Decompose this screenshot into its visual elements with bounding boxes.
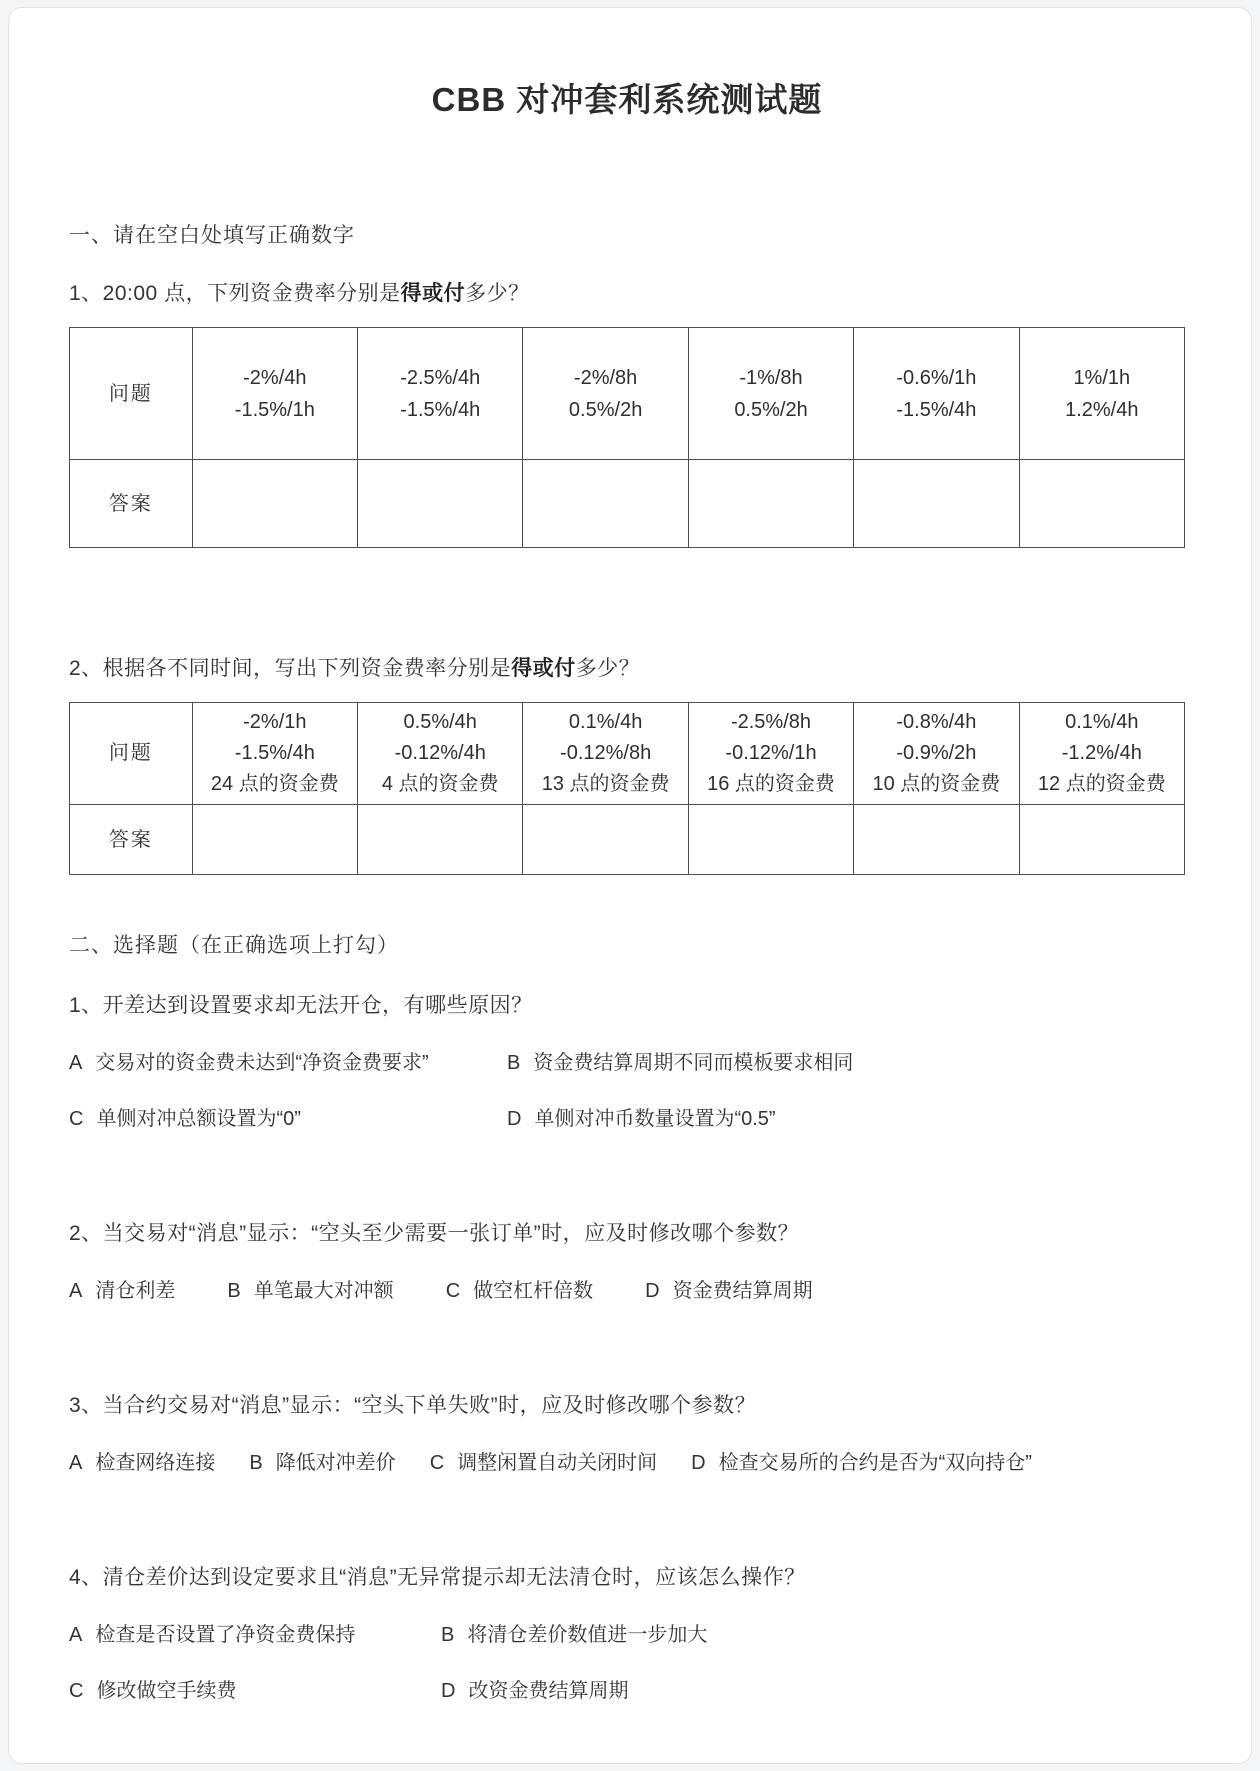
table2-cell: 0.1%/4h-1.2%/4h12 点的资金费: [1019, 703, 1184, 805]
mc-q4-options-row-1: A检查是否设置了净资金费保持 B将清仓差价数值进一步加大: [69, 1618, 1185, 1647]
option-text: 做空杠杆倍数: [473, 1274, 593, 1303]
option-a: A检查网络连接: [69, 1446, 215, 1475]
cell-line: 0.1%/4h: [525, 707, 685, 738]
funding-rate-table-2: 问题 -2%/1h-1.5%/4h24 点的资金费 0.5%/4h-0.12%/…: [69, 702, 1185, 875]
option-text: 资金费结算周期: [673, 1274, 813, 1303]
option-b: B单笔最大对冲额: [227, 1274, 393, 1303]
question2-suffix: 多少？: [576, 657, 641, 680]
option-label: A: [69, 1624, 82, 1647]
option-text: 检查交易所的合约是否为“双向持仓”: [719, 1446, 1032, 1475]
answer-cell: [358, 805, 523, 875]
option-label: D: [507, 1108, 521, 1131]
cell-line: 4 点的资金费: [360, 769, 520, 800]
option-d: D资金费结算周期: [645, 1274, 812, 1303]
option-label: B: [249, 1452, 262, 1475]
table2-cell: -2.5%/8h-0.12%/1h16 点的资金费: [688, 703, 853, 805]
table1-question-label: 问题: [70, 328, 193, 460]
option-text: 将清仓差价数值进一步加大: [467, 1618, 707, 1647]
answer-cell: [523, 460, 688, 548]
table1-answer-label: 答案: [70, 460, 193, 548]
cell-line: -2.5%/8h: [691, 707, 851, 738]
option-label: D: [645, 1280, 659, 1303]
cell-line: 13 点的资金费: [525, 769, 685, 800]
table1-cell: -1%/8h0.5%/2h: [688, 328, 853, 460]
table2-question-row: 问题 -2%/1h-1.5%/4h24 点的资金费 0.5%/4h-0.12%/…: [70, 703, 1185, 805]
option-text: 单笔最大对冲额: [254, 1274, 394, 1303]
cell-line: 0.5%/2h: [525, 394, 685, 426]
table2-answer-row: 答案: [70, 805, 1185, 875]
table2-cell: 0.5%/4h-0.12%/4h4 点的资金费: [358, 703, 523, 805]
cell-line: -2%/1h: [195, 707, 355, 738]
answer-cell: [1019, 805, 1184, 875]
answer-cell: [688, 805, 853, 875]
option-c: C修改做空手续费: [69, 1674, 441, 1703]
option-label: C: [430, 1452, 444, 1475]
question2-bold-term: 得或付: [511, 657, 576, 680]
cell-line: 0.5%/4h: [360, 707, 520, 738]
answer-cell: [854, 805, 1019, 875]
option-c: C做空杠杆倍数: [446, 1274, 593, 1303]
option-c: C调整闲置自动关闭时间: [430, 1446, 657, 1475]
option-text: 检查是否设置了净资金费保持: [95, 1618, 355, 1647]
cell-line: -1%/8h: [691, 362, 851, 394]
table1-cell: -2%/4h-1.5%/1h: [192, 328, 357, 460]
mc-q1-options-row-2: C单侧对冲总额设置为“0” D单侧对冲币数量设置为“0.5”: [69, 1102, 1185, 1131]
cell-line: 1.2%/4h: [1022, 394, 1182, 426]
table2-cell: -0.8%/4h-0.9%/2h10 点的资金费: [854, 703, 1019, 805]
cell-line: -0.9%/2h: [856, 738, 1016, 769]
mc-question-1: 1、开差达到设置要求却无法开仓，有哪些原因？: [69, 989, 1185, 1019]
mc-q1-options-row-1: A交易对的资金费未达到“净资金费要求” B资金费结算周期不同而模板要求相同: [69, 1046, 1185, 1075]
option-text: 检查网络连接: [95, 1446, 215, 1475]
page-title: CBB 对冲套利系统测试题: [69, 74, 1185, 121]
option-text: 调整闲置自动关闭时间: [457, 1446, 657, 1475]
option-d: D改资金费结算周期: [441, 1674, 1185, 1703]
option-d: D检查交易所的合约是否为“双向持仓”: [691, 1446, 1032, 1475]
table1-cell: 1%/1h1.2%/4h: [1019, 328, 1184, 460]
option-label: D: [691, 1452, 705, 1475]
option-label: C: [446, 1280, 460, 1303]
cell-line: -1.5%/4h: [360, 394, 520, 426]
answer-cell: [192, 460, 357, 548]
answer-cell: [523, 805, 688, 875]
answer-cell: [192, 805, 357, 875]
mc-question-2: 2、当交易对“消息”显示：“空头至少需要一张订单”时，应及时修改哪个参数？: [69, 1217, 1185, 1247]
mc-q3-options-row: A检查网络连接 B降低对冲差价 C调整闲置自动关闭时间 D检查交易所的合约是否为…: [69, 1446, 1185, 1475]
option-text: 单侧对冲币数量设置为“0.5”: [534, 1102, 775, 1131]
table1-question-row: 问题 -2%/4h-1.5%/1h -2.5%/4h-1.5%/4h -2%/8…: [70, 328, 1185, 460]
question1-suffix: 多少？: [465, 282, 530, 305]
option-text: 单侧对冲总额设置为“0”: [96, 1102, 300, 1131]
cell-line: 1%/1h: [1022, 362, 1182, 394]
document-content: CBB 对冲套利系统测试题 一、请在空白处填写正确数字 1、20:00 点，下列…: [9, 74, 1251, 1763]
option-a: A清仓利差: [69, 1274, 175, 1303]
option-text: 清仓利差: [95, 1274, 175, 1303]
table2-question-label: 问题: [70, 703, 193, 805]
question1-prefix: 1、20:00 点，下列资金费率分别是: [69, 282, 401, 305]
option-text: 降低对冲差价: [276, 1446, 396, 1475]
cell-line: -2%/8h: [525, 362, 685, 394]
option-text: 改资金费结算周期: [468, 1674, 628, 1703]
funding-rate-table-1: 问题 -2%/4h-1.5%/1h -2.5%/4h-1.5%/4h -2%/8…: [69, 327, 1185, 548]
answer-cell: [358, 460, 523, 548]
cell-line: 0.1%/4h: [1022, 707, 1182, 738]
option-text: 资金费结算周期不同而模板要求相同: [533, 1046, 853, 1075]
answer-cell: [854, 460, 1019, 548]
option-d: D单侧对冲币数量设置为“0.5”: [507, 1102, 1185, 1131]
mc-question-3: 3、当合约交易对“消息”显示：“空头下单失败”时，应及时修改哪个参数？: [69, 1389, 1185, 1419]
cell-line: -0.12%/4h: [360, 738, 520, 769]
table1-cell: -2%/8h0.5%/2h: [523, 328, 688, 460]
document-page: CBB 对冲套利系统测试题 一、请在空白处填写正确数字 1、20:00 点，下列…: [8, 7, 1252, 1764]
question2-prefix: 2、根据各不同时间，写出下列资金费率分别是: [69, 657, 511, 680]
option-a: A检查是否设置了净资金费保持: [69, 1618, 441, 1647]
table2-cell: -2%/1h-1.5%/4h24 点的资金费: [192, 703, 357, 805]
section1-question2-text: 2、根据各不同时间，写出下列资金费率分别是得或付多少？: [69, 652, 1185, 682]
option-text: 修改做空手续费: [96, 1674, 236, 1703]
cell-line: 0.5%/2h: [691, 394, 851, 426]
option-c: C单侧对冲总额设置为“0”: [69, 1102, 507, 1131]
option-b: B将清仓差价数值进一步加大: [441, 1618, 1185, 1647]
option-label: A: [69, 1280, 82, 1303]
option-b: B资金费结算周期不同而模板要求相同: [507, 1046, 1185, 1075]
cell-line: -1.2%/4h: [1022, 738, 1182, 769]
option-label: C: [69, 1108, 83, 1131]
question1-bold-term: 得或付: [401, 282, 466, 305]
option-label: D: [441, 1680, 455, 1703]
cell-line: -0.12%/1h: [691, 738, 851, 769]
cell-line: 16 点的资金费: [691, 769, 851, 800]
mc-question-4: 4、清仓差价达到设定要求且“消息”无异常提示却无法清仓时，应该怎么操作？: [69, 1561, 1185, 1591]
table2-cell: 0.1%/4h-0.12%/8h13 点的资金费: [523, 703, 688, 805]
option-a: A交易对的资金费未达到“净资金费要求”: [69, 1046, 507, 1075]
cell-line: -0.12%/8h: [525, 738, 685, 769]
table1-cell: -2.5%/4h-1.5%/4h: [358, 328, 523, 460]
answer-cell: [688, 460, 853, 548]
option-label: B: [441, 1624, 454, 1647]
mc-q2-options-row: A清仓利差 B单笔最大对冲额 C做空杠杆倍数 D资金费结算周期: [69, 1274, 1185, 1303]
cell-line: 24 点的资金费: [195, 769, 355, 800]
table1-answer-row: 答案: [70, 460, 1185, 548]
cell-line: -2.5%/4h: [360, 362, 520, 394]
option-label: B: [227, 1280, 240, 1303]
option-label: A: [69, 1052, 82, 1075]
table1-cell: -0.6%/1h-1.5%/4h: [854, 328, 1019, 460]
option-label: A: [69, 1452, 82, 1475]
option-label: B: [507, 1052, 520, 1075]
answer-cell: [1019, 460, 1184, 548]
cell-line: -0.8%/4h: [856, 707, 1016, 738]
option-b: B降低对冲差价: [249, 1446, 395, 1475]
cell-line: 12 点的资金费: [1022, 769, 1182, 800]
section1-heading: 一、请在空白处填写正确数字: [69, 219, 1185, 249]
table2-answer-label: 答案: [70, 805, 193, 875]
cell-line: -1.5%/4h: [856, 394, 1016, 426]
option-text: 交易对的资金费未达到“净资金费要求”: [95, 1046, 428, 1075]
cell-line: -2%/4h: [195, 362, 355, 394]
section1-question1-text: 1、20:00 点，下列资金费率分别是得或付多少？: [69, 277, 1185, 307]
cell-line: 10 点的资金费: [856, 769, 1016, 800]
mc-q4-options-row-2: C修改做空手续费 D改资金费结算周期: [69, 1674, 1185, 1703]
section2-heading: 二、选择题（在正确选项上打勾）: [69, 929, 1185, 959]
option-label: C: [69, 1680, 83, 1703]
cell-line: -1.5%/4h: [195, 738, 355, 769]
cell-line: -1.5%/1h: [195, 394, 355, 426]
cell-line: -0.6%/1h: [856, 362, 1016, 394]
